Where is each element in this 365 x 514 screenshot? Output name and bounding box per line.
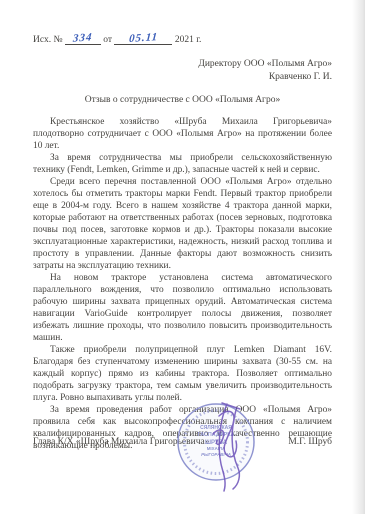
letter-content: Исх. № 334 от 05.11 2021 г. Директору ОО… [33, 33, 332, 452]
paragraph: За время сотрудничества мы приобрели сел… [33, 152, 332, 176]
recipient-line-2: Кравченко Г. И. [33, 71, 332, 84]
scanned-letter-page: Исх. № 334 от 05.11 2021 г. Директору ОО… [0, 0, 365, 514]
scan-edge-shadow [352, 0, 365, 514]
outgoing-year: 2021 г. [175, 35, 202, 45]
outgoing-date-handwritten: 05.11 [129, 32, 159, 44]
paragraph: На новом тракторе установлена система ав… [33, 272, 332, 344]
signatory-title: Глава К/Х «Шруба Михаила Григорьевича» [33, 437, 209, 447]
paragraph: Среди всего перечня поставленной ООО «По… [33, 176, 332, 272]
outgoing-number-handwritten: 334 [73, 32, 93, 43]
recipient-block: Директору ООО «Полымя Агро» Кравченко Г.… [33, 58, 332, 83]
outgoing-prefix: Исх. № [33, 35, 63, 45]
letter-title: Отзыв о сотрудничестве с ООО «Полымя Агр… [33, 95, 332, 105]
recipient-line-1: Директору ООО «Полымя Агро» [33, 58, 332, 71]
outgoing-ot-label: от [103, 35, 112, 45]
outgoing-date-blank: 05.11 [114, 33, 172, 45]
outgoing-number-blank: 334 [65, 33, 101, 45]
paragraph: Крестьянское хозяйство «Шруба Михаила Гр… [33, 116, 332, 152]
letter-body: Крестьянское хозяйство «Шруба Михаила Гр… [33, 116, 332, 452]
stamp-line-5: РЫГОРАВІЧА [201, 452, 231, 457]
outgoing-reference-line: Исх. № 334 от 05.11 2021 г. [33, 33, 332, 45]
signatory-name: М.Г. Шруб [288, 437, 332, 447]
signature-row: Глава К/Х «Шруба Михаила Григорьевича» М… [33, 437, 332, 447]
paragraph: Также приобрели полуприцепной плуг Lemke… [33, 344, 332, 404]
